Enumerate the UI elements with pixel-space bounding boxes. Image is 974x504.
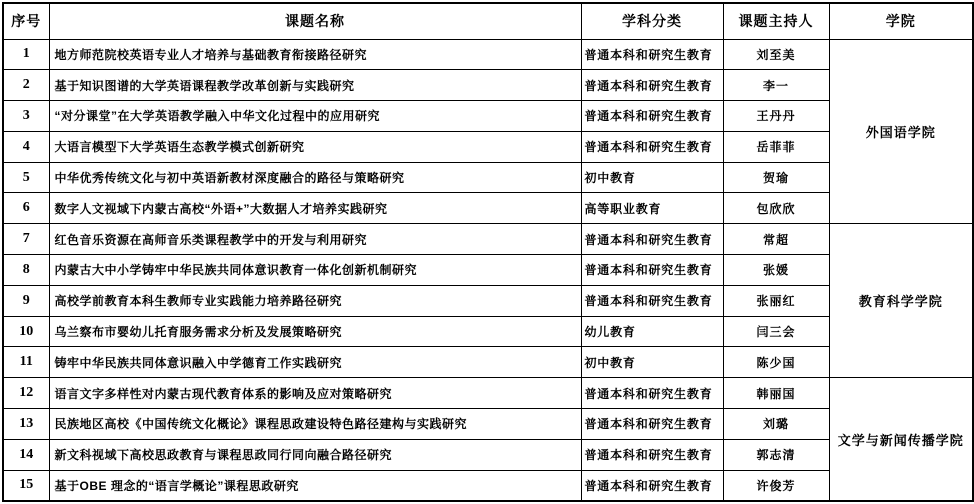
project-title-cell: 数字人文视域下内蒙古高校“外语+”大数据人才培养实践研究 [49, 193, 581, 224]
table-row: 9高校学前教育本科生教师专业实践能力培养路径研究普通本科和研究生教育张丽红 [3, 285, 973, 316]
project-title-cell: 新文科视域下高校思政教育与课程思政同行同向融合路径研究 [49, 439, 581, 470]
table-row: 11铸牢中华民族共同体意识融入中学德育工作实践研究初中教育陈少国 [3, 347, 973, 378]
project-title-cell: 高校学前教育本科生教师专业实践能力培养路径研究 [49, 285, 581, 316]
project-leader-cell: 贺瑜 [723, 162, 829, 193]
row-number-cell: 10 [3, 316, 49, 347]
project-leader-cell: 刘至美 [723, 39, 829, 70]
project-title-cell: 铸牢中华民族共同体意识融入中学德育工作实践研究 [49, 347, 581, 378]
table-row: 10乌兰察布市婴幼儿托育服务需求分析及发展策略研究幼儿教育闫三会 [3, 316, 973, 347]
document-page: 序号 课题名称 学科分类 课题主持人 学院 1地方师范院校英语专业人才培养与基础… [0, 0, 974, 504]
project-title-cell: 语言文字多样性对内蒙古现代教育体系的影响及应对策略研究 [49, 378, 581, 409]
row-number-cell: 3 [3, 101, 49, 132]
project-title-cell: “对分课堂”在大学英语教学融入中华文化过程中的应用研究 [49, 101, 581, 132]
project-title-cell: 地方师范院校英语专业人才培养与基础教育衔接路径研究 [49, 39, 581, 70]
project-leader-cell: 刘璐 [723, 409, 829, 440]
project-title-cell: 民族地区高校《中国传统文化概论》课程思政建设特色路径建构与实践研究 [49, 409, 581, 440]
project-title-cell: 基于知识图谱的大学英语课程教学改革创新与实践研究 [49, 70, 581, 101]
table-row: 12语言文字多样性对内蒙古现代教育体系的影响及应对策略研究普通本科和研究生教育韩… [3, 378, 973, 409]
college-cell: 文学与新闻传播学院 [829, 378, 973, 501]
project-leader-cell: 张丽红 [723, 285, 829, 316]
subject-category-cell: 普通本科和研究生教育 [581, 39, 723, 70]
project-leader-cell: 许俊芳 [723, 470, 829, 501]
row-number-cell: 6 [3, 193, 49, 224]
row-number-cell: 5 [3, 162, 49, 193]
header-row: 序号 课题名称 学科分类 课题主持人 学院 [3, 3, 973, 39]
project-leader-cell: 张媛 [723, 255, 829, 286]
table-row: 3“对分课堂”在大学英语教学融入中华文化过程中的应用研究普通本科和研究生教育王丹… [3, 101, 973, 132]
subject-category-cell: 普通本科和研究生教育 [581, 255, 723, 286]
col-header-category: 学科分类 [581, 3, 723, 39]
table-row: 5中华优秀传统文化与初中英语新教材深度融合的路径与策略研究初中教育贺瑜 [3, 162, 973, 193]
row-number-cell: 13 [3, 409, 49, 440]
col-header-leader: 课题主持人 [723, 3, 829, 39]
project-title-cell: 中华优秀传统文化与初中英语新教材深度融合的路径与策略研究 [49, 162, 581, 193]
project-title-cell: 内蒙古大中小学铸牢中华民族共同体意识教育一体化创新机制研究 [49, 255, 581, 286]
subject-category-cell: 初中教育 [581, 347, 723, 378]
table-row: 8内蒙古大中小学铸牢中华民族共同体意识教育一体化创新机制研究普通本科和研究生教育… [3, 255, 973, 286]
table-row: 7红色音乐资源在高师音乐类课程教学中的开发与利用研究普通本科和研究生教育常超教育… [3, 224, 973, 255]
project-title-cell: 大语言模型下大学英语生态教学模式创新研究 [49, 131, 581, 162]
table-row: 13民族地区高校《中国传统文化概论》课程思政建设特色路径建构与实践研究普通本科和… [3, 409, 973, 440]
row-number-cell: 11 [3, 347, 49, 378]
project-leader-cell: 郭志清 [723, 439, 829, 470]
table-row: 1地方师范院校英语专业人才培养与基础教育衔接路径研究普通本科和研究生教育刘至美外… [3, 39, 973, 70]
project-leader-cell: 闫三会 [723, 316, 829, 347]
project-leader-cell: 陈少国 [723, 347, 829, 378]
table-row: 14新文科视域下高校思政教育与课程思政同行同向融合路径研究普通本科和研究生教育郭… [3, 439, 973, 470]
row-number-cell: 8 [3, 255, 49, 286]
table-row: 6数字人文视域下内蒙古高校“外语+”大数据人才培养实践研究高等职业教育包欣欣 [3, 193, 973, 224]
row-number-cell: 2 [3, 70, 49, 101]
project-leader-cell: 李一 [723, 70, 829, 101]
row-number-cell: 7 [3, 224, 49, 255]
subject-category-cell: 普通本科和研究生教育 [581, 378, 723, 409]
table-body: 1地方师范院校英语专业人才培养与基础教育衔接路径研究普通本科和研究生教育刘至美外… [3, 39, 973, 501]
subject-category-cell: 高等职业教育 [581, 193, 723, 224]
projects-table: 序号 课题名称 学科分类 课题主持人 学院 1地方师范院校英语专业人才培养与基础… [2, 2, 974, 502]
project-leader-cell: 包欣欣 [723, 193, 829, 224]
subject-category-cell: 普通本科和研究生教育 [581, 409, 723, 440]
subject-category-cell: 幼儿教育 [581, 316, 723, 347]
subject-category-cell: 普通本科和研究生教育 [581, 131, 723, 162]
project-title-cell: 乌兰察布市婴幼儿托育服务需求分析及发展策略研究 [49, 316, 581, 347]
subject-category-cell: 初中教育 [581, 162, 723, 193]
subject-category-cell: 普通本科和研究生教育 [581, 101, 723, 132]
project-leader-cell: 王丹丹 [723, 101, 829, 132]
project-leader-cell: 韩丽国 [723, 378, 829, 409]
col-header-number: 序号 [3, 3, 49, 39]
row-number-cell: 15 [3, 470, 49, 501]
subject-category-cell: 普通本科和研究生教育 [581, 470, 723, 501]
project-title-cell: 基于OBE 理念的“语言学概论”课程思政研究 [49, 470, 581, 501]
row-number-cell: 12 [3, 378, 49, 409]
subject-category-cell: 普通本科和研究生教育 [581, 439, 723, 470]
table-row: 15基于OBE 理念的“语言学概论”课程思政研究普通本科和研究生教育许俊芳 [3, 470, 973, 501]
project-leader-cell: 常超 [723, 224, 829, 255]
row-number-cell: 1 [3, 39, 49, 70]
table-row: 4大语言模型下大学英语生态教学模式创新研究普通本科和研究生教育岳菲菲 [3, 131, 973, 162]
table-row: 2基于知识图谱的大学英语课程教学改革创新与实践研究普通本科和研究生教育李一 [3, 70, 973, 101]
subject-category-cell: 普通本科和研究生教育 [581, 70, 723, 101]
row-number-cell: 4 [3, 131, 49, 162]
project-leader-cell: 岳菲菲 [723, 131, 829, 162]
row-number-cell: 9 [3, 285, 49, 316]
subject-category-cell: 普通本科和研究生教育 [581, 224, 723, 255]
col-header-title: 课题名称 [49, 3, 581, 39]
row-number-cell: 14 [3, 439, 49, 470]
col-header-college: 学院 [829, 3, 973, 39]
college-cell: 外国语学院 [829, 39, 973, 224]
project-title-cell: 红色音乐资源在高师音乐类课程教学中的开发与利用研究 [49, 224, 581, 255]
subject-category-cell: 普通本科和研究生教育 [581, 285, 723, 316]
college-cell: 教育科学学院 [829, 224, 973, 378]
